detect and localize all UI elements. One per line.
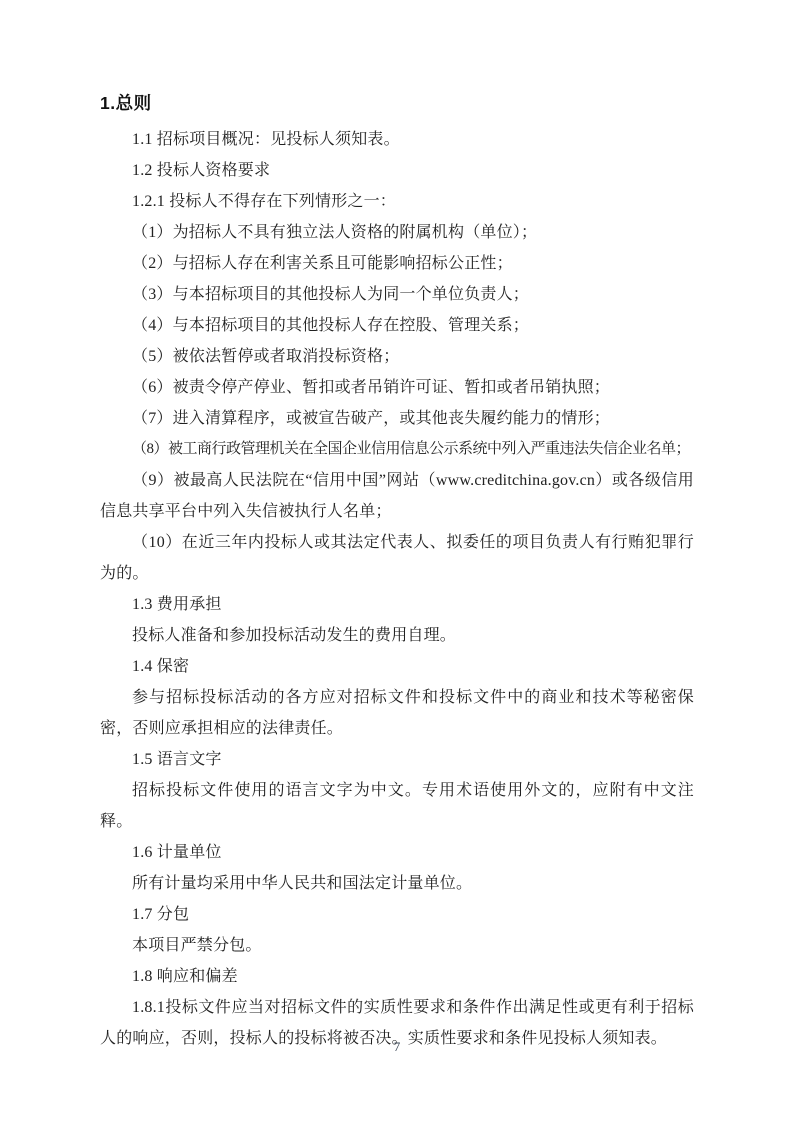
- paragraph: （4）与本招标项目的其他投标人存在控股、管理关系；: [100, 310, 694, 341]
- paragraph: （7）进入清算程序，或被宣告破产，或其他丧失履约能力的情形；: [100, 403, 694, 434]
- section-heading: 1.总则: [100, 88, 694, 119]
- document-body: 1.总则1.1 招标项目概况：见投标人须知表。1.2 投标人资格要求1.2.1 …: [100, 88, 694, 1054]
- paragraph: 1.4 保密: [100, 651, 694, 682]
- paragraph: （9）被最高人民法院在“信用中国”网站（www.creditchina.gov.…: [100, 465, 694, 527]
- paragraph: （5）被依法暂停或者取消投标资格；: [100, 341, 694, 372]
- paragraph: （3）与本招标项目的其他投标人为同一个单位负责人；: [100, 279, 694, 310]
- paragraph: 本项目严禁分包。: [100, 930, 694, 961]
- paragraph: 1.3 费用承担: [100, 589, 694, 620]
- paragraph: 投标人准备和参加投标活动发生的费用自理。: [100, 620, 694, 651]
- document-page: 1.总则1.1 招标项目概况：见投标人须知表。1.2 投标人资格要求1.2.1 …: [0, 0, 794, 1123]
- page-number: 7: [394, 1039, 401, 1054]
- paragraph: 参与招标投标活动的各方应对招标文件和投标文件中的商业和技术等秘密保密，否则应承担…: [100, 682, 694, 744]
- paragraph: （6）被责令停产停业、暂扣或者吊销许可证、暂扣或者吊销执照；: [100, 372, 694, 403]
- paragraph: 所有计量均采用中华人民共和国法定计量单位。: [100, 868, 694, 899]
- page-footer: 7: [0, 1038, 794, 1056]
- paragraph: （8）被工商行政管理机关在全国企业信用信息公示系统中列入严重违法失信企业名单；: [100, 434, 694, 465]
- paragraph: 招标投标文件使用的语言文字为中文。专用术语使用外文的，应附有中文注释。: [100, 775, 694, 837]
- paragraph: （10）在近三年内投标人或其法定代表人、拟委任的项目负责人有行贿犯罪行为的。: [100, 527, 694, 589]
- paragraph: 1.8 响应和偏差: [100, 961, 694, 992]
- paragraph: 1.5 语言文字: [100, 744, 694, 775]
- paragraph: 1.1 招标项目概况：见投标人须知表。: [100, 124, 694, 155]
- paragraph: （1）为招标人不具有独立法人资格的附属机构（单位）；: [100, 217, 694, 248]
- paragraph: 1.6 计量单位: [100, 837, 694, 868]
- paragraph: 1.7 分包: [100, 899, 694, 930]
- paragraph: （2）与招标人存在利害关系且可能影响招标公正性；: [100, 248, 694, 279]
- paragraph: 1.2.1 投标人不得存在下列情形之一：: [100, 186, 694, 217]
- paragraph: 1.2 投标人资格要求: [100, 155, 694, 186]
